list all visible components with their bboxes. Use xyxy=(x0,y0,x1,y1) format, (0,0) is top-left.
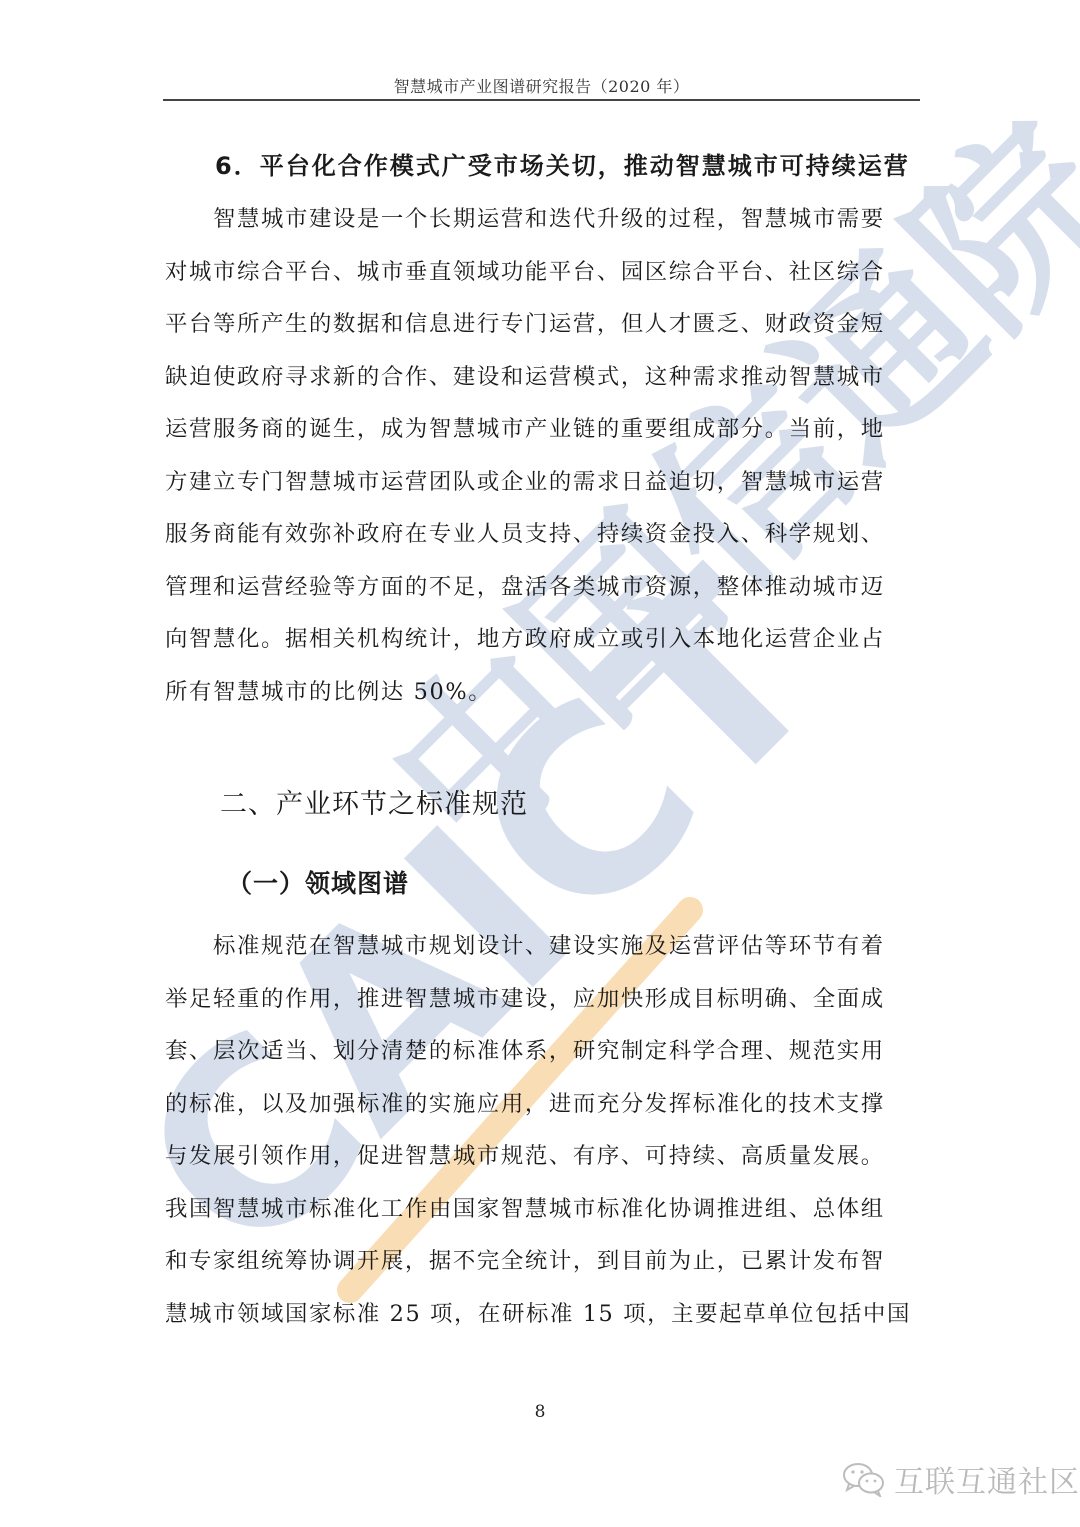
text-line: 套、层次适当、划分清楚的标准体系，研究制定科学合理、规范实用 xyxy=(165,1025,917,1078)
text-line: 对城市综合平台、城市垂直领域功能平台、园区综合平台、社区综合 xyxy=(165,246,917,299)
text-line: 举足轻重的作用，推进智慧城市建设，应加快形成目标明确、全面成 xyxy=(165,973,917,1026)
wechat-icon xyxy=(842,1461,886,1497)
header-divider xyxy=(163,99,920,101)
wechat-account-watermark: 互联互通社区 xyxy=(842,1457,1080,1501)
page-number: 8 xyxy=(535,1402,546,1422)
wechat-account-name: 互联互通社区 xyxy=(894,1457,1080,1501)
text-line: 管理和运营经验等方面的不足，盘活各类城市资源，整体推动城市迈 xyxy=(165,561,917,614)
text-line: 与发展引领作用，促进智慧城市规范、有序、可持续、高质量发展。 xyxy=(165,1130,917,1183)
report-title: 智慧城市产业图谱研究报告（2020 年） xyxy=(163,74,920,97)
text-line: 平台等所产生的数据和信息进行专门运营，但人才匮乏、财政资金短 xyxy=(165,298,917,351)
text-line: 的标准，以及加强标准的实施应用，进而充分发挥标准化的技术支撑 xyxy=(165,1078,917,1131)
subsection-heading: （一）领域图谱 xyxy=(227,864,409,900)
text-line: 所有智慧城市的比例达 50%。 xyxy=(165,666,917,719)
text-line: 智慧城市建设是一个长期运营和迭代升级的过程，智慧城市需要 xyxy=(165,193,917,246)
text-line: 和专家组统筹协调开展，据不完全统计，到目前为止，已累计发布智 xyxy=(165,1235,917,1288)
text-line: 缺迫使政府寻求新的合作、建设和运营模式，这种需求推动智慧城市 xyxy=(165,351,917,404)
section-heading: 6．平台化合作模式广受市场关切，推动智慧城市可持续运营 xyxy=(215,146,910,181)
text-line: 服务商能有效弥补政府在专业人员支持、持续资金投入、科学规划、 xyxy=(165,508,917,561)
text-line: 标准规范在智慧城市规划设计、建设实施及运营评估等环节有着 xyxy=(165,920,917,973)
text-line: 方建立专门智慧城市运营团队或企业的需求日益迫切，智慧城市运营 xyxy=(165,456,917,509)
section6-paragraph: 智慧城市建设是一个长期运营和迭代升级的过程，智慧城市需要 对城市综合平台、城市垂… xyxy=(165,193,917,718)
text-line: 慧城市领域国家标准 25 项，在研标准 15 项，主要起草单位包括中国 xyxy=(165,1288,917,1341)
text-line: 我国智慧城市标准化工作由国家智慧城市标准化协调推进组、总体组 xyxy=(165,1183,917,1236)
chapter2-paragraph: 标准规范在智慧城市规划设计、建设实施及运营评估等环节有着 举足轻重的作用，推进智… xyxy=(165,920,917,1340)
text-line: 运营服务商的诞生，成为智慧城市产业链的重要组成部分。当前，地 xyxy=(165,403,917,456)
text-line: 向智慧化。据相关机构统计，地方政府成立或引入本地化运营企业占 xyxy=(165,613,917,666)
chapter-heading: 二、产业环节之标准规范 xyxy=(220,782,528,821)
